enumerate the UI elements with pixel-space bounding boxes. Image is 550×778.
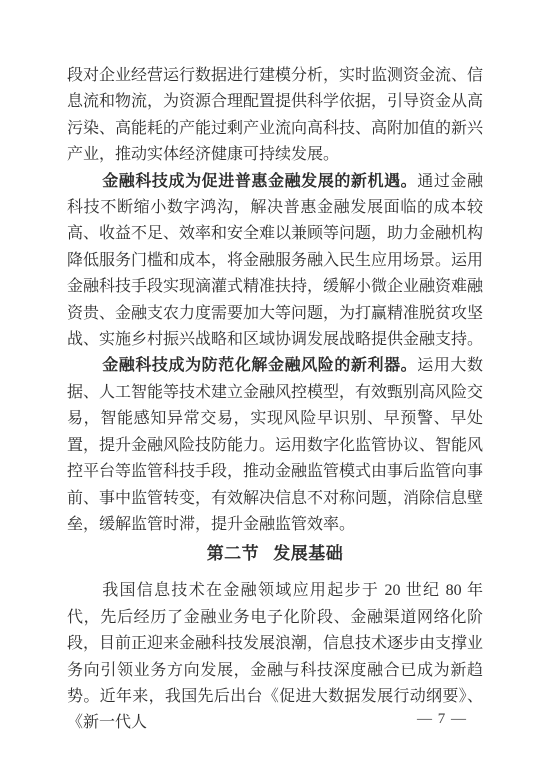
paragraph-text: 段对企业经营运行数据进行建模分析，实时监测资金流、信息流和物流，为资源合理配置提… [67,67,483,163]
section-heading: 第二节 发展基础 [67,540,483,567]
paragraph-lead-bold: 金融科技成为促进普惠金融发展的新机遇。 [102,173,417,190]
document-page: 段对企业经营运行数据进行建模分析，实时监测资金流、信息流和物流，为资源合理配置提… [0,0,550,778]
paragraph-text: 运用大数据、人工智能等技术建立金融风控模型，有效甄别高风险交易，智能感知异常交易… [67,357,483,532]
page-text-content: 段对企业经营运行数据进行建模分析，实时监测资金流、信息流和物流，为资源合理配置提… [67,63,483,737]
body-paragraph-inclusive-finance: 金融科技成为促进普惠金融发展的新机遇。通过金融科技不断缩小数字鸿沟，解决普惠金融… [67,169,483,354]
paragraph-text: 通过金融科技不断缩小数字鸿沟，解决普惠金融发展面临的成本较高、收益不足、效率和安… [67,173,483,348]
body-paragraph-continuation: 段对企业经营运行数据进行建模分析，实时监测资金流、信息流和物流，为资源合理配置提… [67,63,483,169]
page-number: — 7 — [417,710,467,728]
body-paragraph-risk-prevention: 金融科技成为防范化解金融风险的新利器。运用大数据、人工智能等技术建立金融风控模型… [67,353,483,538]
paragraph-lead-bold: 金融科技成为防范化解金融风险的新利器。 [102,357,417,374]
paragraph-text: 我国信息技术在金融领域应用起步于 20 世纪 80 年代，先后经历了金融业务电子… [67,582,483,731]
